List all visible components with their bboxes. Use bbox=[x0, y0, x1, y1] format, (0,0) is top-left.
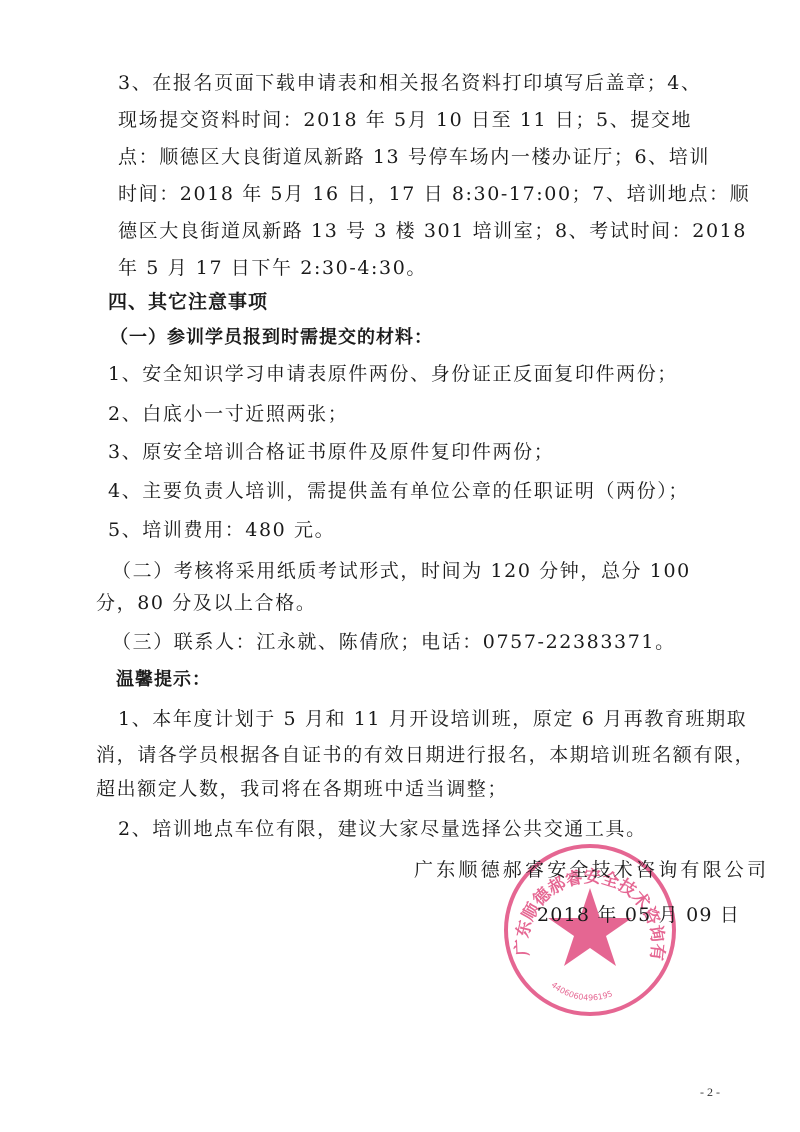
registration-step-line-4: 时间：2018 年 5月 16 日，17 日 8:30-17:00；7、培训地点… bbox=[118, 182, 750, 206]
materials-item-5: 5、培训费用：480 元。 bbox=[108, 518, 335, 542]
contact-info: （三）联系人：江永就、陈倩欣；电话：0757-22383371。 bbox=[112, 630, 676, 654]
subsection-heading-materials: （一）参训学员报到时需提交的材料： bbox=[110, 326, 433, 350]
materials-item-4: 4、主要负责人培训，需提供盖有单位公章的任职证明（两份）； bbox=[108, 479, 689, 503]
document-page: 3、在报名页面下载申请表和相关报名资料打印填写后盖章；4、 现场提交资料时间：2… bbox=[0, 0, 800, 1132]
materials-item-1: 1、安全知识学习申请表原件两份、身份证正反面复印件两份； bbox=[108, 362, 678, 386]
registration-step-line-1: 3、在报名页面下载申请表和相关报名资料打印填写后盖章；4、 bbox=[118, 71, 702, 95]
registration-step-line-2: 现场提交资料时间：2018 年 5月 10 日至 11 日；5、提交地 bbox=[118, 108, 692, 132]
signature-date: 2018 年 05 月 09 日 bbox=[537, 903, 740, 927]
tip-1-line-3: 超出额定人数，我司将在各期班中适当调整； bbox=[96, 777, 508, 801]
exam-format-line-1: （二）考核将采用纸质考试形式，时间为 120 分钟，总分 100 bbox=[112, 559, 691, 583]
tip-1-line-1: 1、本年度计划于 5 月和 11 月开设培训班，原定 6 月再教育班期取 bbox=[118, 707, 747, 731]
materials-item-2: 2、白底小一寸近照两张； bbox=[108, 402, 348, 426]
registration-step-line-6: 年 5 月 17 日下午 2:30-4:30。 bbox=[118, 256, 427, 280]
registration-step-line-3: 点：顺德区大良街道凤新路 13 号停车场内一楼办证厅；6、培训 bbox=[118, 145, 710, 169]
section-heading-other-notes: 四、其它注意事项 bbox=[108, 290, 268, 314]
tips-heading: 温馨提示： bbox=[116, 668, 211, 692]
seal-number-text: 4406060496195 bbox=[549, 980, 613, 1002]
signature-company-name: 广东顺德郝睿安全技术咨询有限公司 bbox=[414, 858, 769, 882]
exam-format-line-2: 分，80 分及以上合格。 bbox=[96, 591, 316, 615]
tip-1-line-2: 消，请各学员根据各自证书的有效日期进行报名，本期培训班名额有限， bbox=[96, 743, 755, 767]
registration-step-line-5: 德区大良街道凤新路 13 号 3 楼 301 培训室；8、考试时间：2018 bbox=[118, 219, 747, 243]
tip-2: 2、培训地点车位有限，建议大家尽量选择公共交通工具。 bbox=[118, 817, 647, 841]
materials-item-3: 3、原安全培训合格证书原件及原件复印件两份； bbox=[108, 440, 554, 464]
page-number: - 2 - bbox=[700, 1085, 720, 1100]
seal-star-icon bbox=[548, 888, 632, 966]
